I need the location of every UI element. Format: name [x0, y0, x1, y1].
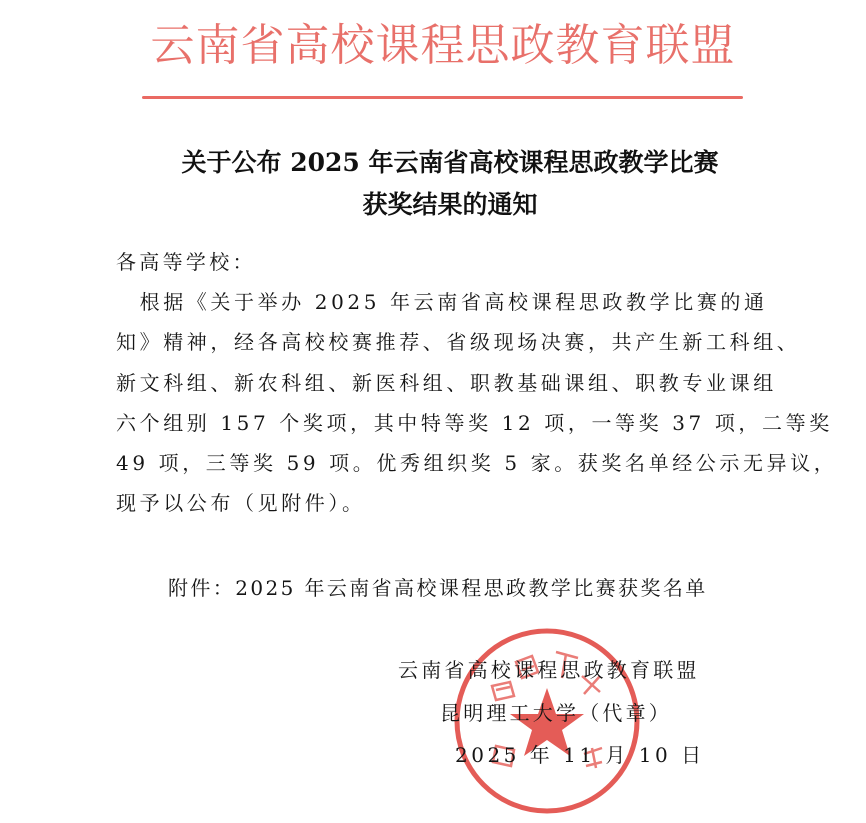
document-title-line-2: 获奖结果的通知 [100, 188, 800, 222]
signature-unit: 昆明理工大学（代章） [440, 699, 672, 727]
body-line: 49 项，三等奖 59 项。优秀组织奖 5 家。获奖名单经公示无异议， [116, 449, 837, 477]
body-line: 新文科组、新农科组、新医科组、职教基础课组、职教专业课组 [116, 369, 777, 397]
body-line: 知》精神，经各高校校赛推荐、省级现场决赛，共产生新工科组、 [116, 328, 800, 356]
masthead-title: 云南省高校课程思政教育联盟 [138, 14, 748, 78]
signature-organization: 云南省高校课程思政教育联盟 [398, 656, 700, 684]
signature-date: 2025 年 11 月 10 日 [455, 741, 705, 769]
attachment-note: 附件：2025 年云南省高校课程思政教学比赛获奖名单 [168, 574, 708, 602]
body-line: 现予以公布（见附件）。 [116, 489, 366, 517]
salutation: 各高等学校： [116, 248, 256, 276]
document-title-line-1: 关于公布 2025 年云南省高校课程思政教学比赛 [100, 146, 800, 180]
red-divider [142, 96, 743, 99]
body-line: 根据《关于举办 2025 年云南省高校课程思政教学比赛的通 [116, 288, 768, 316]
body-line: 六个组别 157 个奖项，其中特等奖 12 项，一等奖 37 项，二等奖 [116, 409, 833, 437]
